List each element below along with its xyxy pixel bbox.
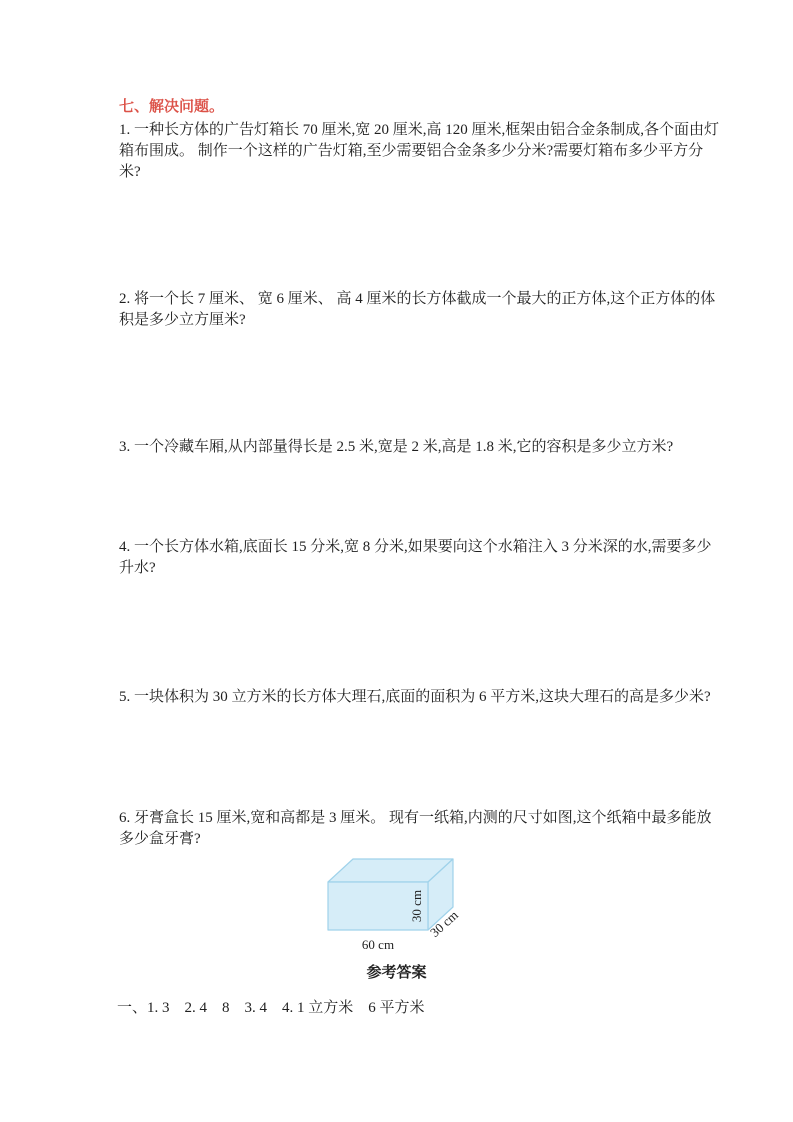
answers-title: 参考答案 [0, 963, 793, 984]
problem-5: 5. 一块体积为 30 立方米的长方体大理石,底面的面积为 6 平方米,这块大理… [119, 687, 719, 708]
problem-2-line-1: 2. 将一个长 7 厘米、 宽 6 厘米、 高 4 厘米的长方体截成一个最大的正… [119, 289, 719, 310]
answers-line: 一、1. 3 2. 4 8 3. 4 4. 1 立方米 6 平方米 [117, 998, 425, 1019]
problem-1-line-2: 箱布围成。 制作一个这样的广告灯箱,至少需要铝合金条多少分米?需要灯箱布多少平方… [119, 141, 719, 162]
cuboid-diagram: 60 cm 30 cm 30 cm [315, 848, 490, 960]
problem-1-line-3: 米? [119, 162, 719, 183]
problem-4-line-1: 4. 一个长方体水箱,底面长 15 分米,宽 8 分米,如果要向这个水箱注入 3… [119, 537, 719, 558]
problem-1-line-1: 1. 一种长方体的广告灯箱长 70 厘米,宽 20 厘米,高 120 厘米,框架… [119, 120, 719, 141]
problem-6-line-1: 6. 牙膏盒长 15 厘米,宽和高都是 3 厘米。 现有一纸箱,内测的尺寸如图,… [119, 808, 719, 829]
cuboid-figure: 60 cm 30 cm 30 cm [315, 848, 490, 960]
height-label: 30 cm [409, 890, 424, 922]
length-label: 60 cm [362, 937, 394, 952]
problem-6: 6. 牙膏盒长 15 厘米,宽和高都是 3 厘米。 现有一纸箱,内测的尺寸如图,… [119, 808, 719, 850]
problem-4: 4. 一个长方体水箱,底面长 15 分米,宽 8 分米,如果要向这个水箱注入 3… [119, 537, 719, 579]
problem-2: 2. 将一个长 7 厘米、 宽 6 厘米、 高 4 厘米的长方体截成一个最大的正… [119, 289, 719, 331]
problem-3: 3. 一个冷藏车厢,从内部量得长是 2.5 米,宽是 2 米,高是 1.8 米,… [119, 437, 719, 458]
problem-3-line-1: 3. 一个冷藏车厢,从内部量得长是 2.5 米,宽是 2 米,高是 1.8 米,… [119, 437, 719, 458]
problem-1: 1. 一种长方体的广告灯箱长 70 厘米,宽 20 厘米,高 120 厘米,框架… [119, 120, 719, 182]
problem-5-line-1: 5. 一块体积为 30 立方米的长方体大理石,底面的面积为 6 平方米,这块大理… [119, 687, 719, 708]
problem-6-line-2: 多少盒牙膏? [119, 829, 719, 850]
problem-2-line-2: 积是多少立方厘米? [119, 310, 719, 331]
section-heading: 七、解决问题。 [119, 97, 224, 118]
problem-4-line-2: 升水? [119, 558, 719, 579]
worksheet-page: 七、解决问题。 1. 一种长方体的广告灯箱长 70 厘米,宽 20 厘米,高 1… [0, 0, 793, 1122]
